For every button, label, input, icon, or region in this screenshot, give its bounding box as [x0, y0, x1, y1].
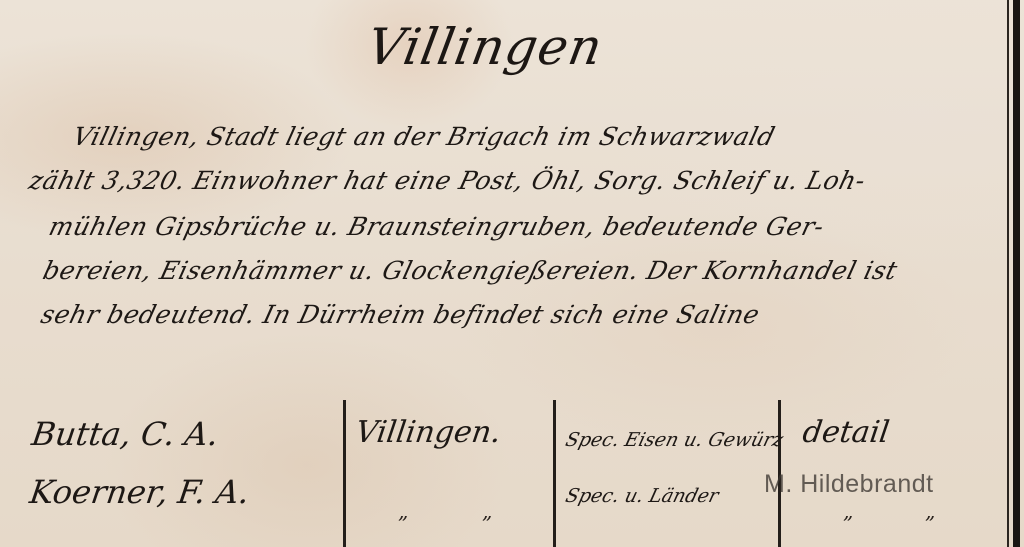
document-page: · · · · · · Villingen Villingen, Stadt l…	[0, 0, 1024, 547]
paragraph-line-4: bereien, Eisenhämmer u. Glockengießereie…	[40, 256, 901, 285]
paragraph-line-1: Villingen, Stadt liegt an der Brigach im…	[70, 122, 778, 151]
watermark-text: M. Hildebrandt	[764, 470, 934, 499]
table-row-2-name: Koerner, F. A.	[27, 473, 251, 511]
table-row-2-place-ditto-2: „	[482, 499, 492, 523]
page-border-outer	[1013, 0, 1020, 547]
table-row-1-occupation: Spec. Eisen u. Gewürz	[563, 429, 785, 451]
paragraph-line-2: zählt 3,320. Einwohner hat eine Post, Öh…	[26, 166, 869, 195]
table-row-2-occupation: Spec. u. Länder	[563, 485, 721, 507]
table-row-1-place: Villingen.	[354, 415, 504, 450]
top-text-fragment: · · · · · ·	[30, 0, 930, 8]
column-divider-2	[553, 400, 556, 547]
page-title: Villingen	[363, 18, 607, 76]
table-row-1-trade: detail	[801, 415, 892, 450]
paragraph-line-3: mühlen Gipsbrüche u. Braunsteingruben, b…	[46, 212, 827, 241]
column-divider-1	[343, 400, 346, 547]
table-row-2-trade-ditto-2: „	[925, 499, 935, 523]
table-row-2-place-ditto-1: „	[398, 499, 408, 523]
paragraph-line-5: sehr bedeutend. In Dürrheim befindet sic…	[38, 300, 763, 329]
page-border-inner	[1007, 0, 1009, 547]
table-row-1-name: Butta, C. A.	[29, 415, 221, 453]
table-row-2-trade-ditto-1: „	[843, 499, 853, 523]
